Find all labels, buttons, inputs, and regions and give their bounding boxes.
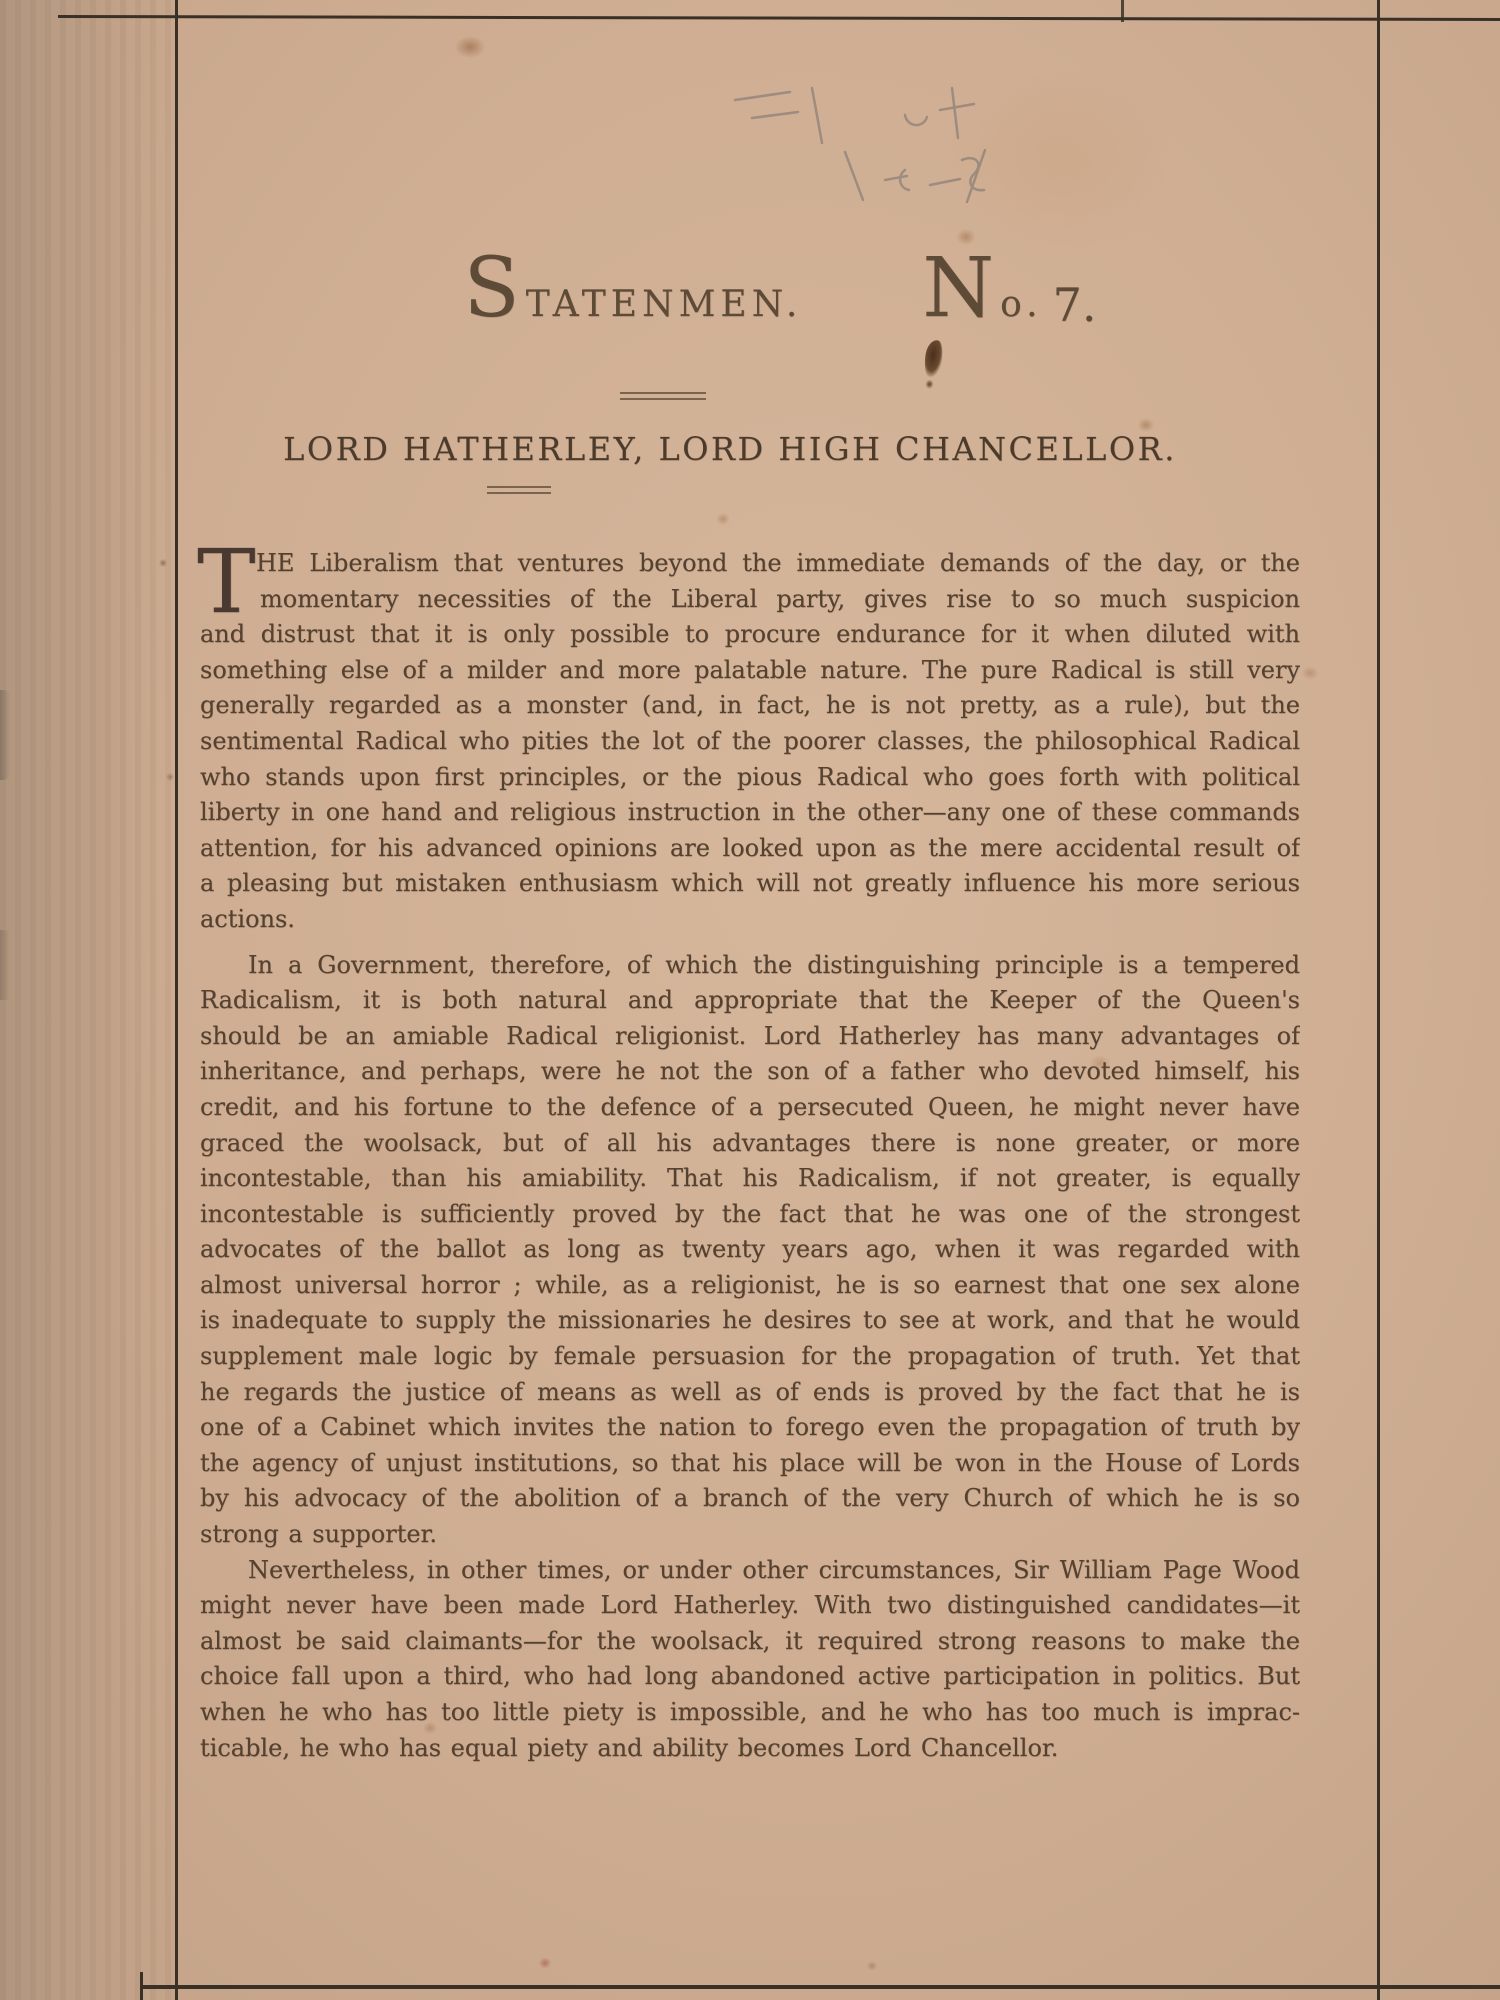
series-number-rest: o. [1000,284,1042,325]
frame-rule-right [1377,0,1380,2000]
text-line: graced the woolsack, but of all his adva… [200,1126,1300,1162]
text-line: by his advocacy of the abolition of a br… [200,1481,1300,1517]
scanned-page: STATENMEN. No.7. LORD HATHERLEY, LORD HI… [0,0,1500,2000]
text-line: HE Liberalism that ventures beyond the i… [200,546,1300,582]
frame-tick-top [1121,0,1124,22]
text-line: almost be said claimants—for the woolsac… [200,1624,1300,1660]
masthead: STATENMEN. No.7. [200,252,1300,327]
text-line: and distrust that it is only possible to… [200,617,1300,653]
series-number-initial: N [922,241,1000,336]
text-line: advocates of the ballot as long as twent… [200,1232,1300,1268]
text-line: supplement male logic by female persuasi… [200,1339,1300,1375]
frame-tick-bottom-left [140,1972,143,2000]
text-line: In a Government, therefore, of which the… [200,948,1300,984]
text-line: almost universal horror ; while, as a re… [200,1268,1300,1304]
text-line: Nevertheless, in other times, or under o… [200,1553,1300,1589]
ink-blot [922,339,944,379]
text-line: incontestable, than his amiability. That… [200,1161,1300,1197]
text-line: ticable, he who has equal piety and abil… [200,1731,1300,1767]
scan-edge-smudge [0,690,10,780]
series-title: STATENMEN. [464,252,803,326]
double-rule-under-title [620,392,706,400]
paragraph: HE Liberalism that ventures beyond the i… [200,546,1300,938]
frame-rule-left [175,0,178,2000]
text-line: might never have been made Lord Hatherle… [200,1588,1300,1624]
text-line: is inadequate to supply the missionaries… [200,1303,1300,1339]
paragraph: Nevertheless, in other times, or under o… [200,1553,1300,1767]
series-number: No.7. [922,252,1096,327]
page-left-edge-shading [0,0,178,2000]
series-number-numeral: 7. [1053,278,1097,332]
text-line: actions. [200,902,1300,938]
text-line: choice fall upon a third, who had long a… [200,1659,1300,1695]
text-line: who stands upon first principles, or the… [200,760,1300,796]
body-text: HE Liberalism that ventures beyond the i… [200,546,1300,1766]
scan-edge-smudge [0,930,10,1000]
text-line: one of a Cabinet which invites the natio… [200,1410,1300,1446]
frame-rule-bottom [140,1985,1500,1989]
text-line: credit, and his fortune to the defence o… [200,1090,1300,1126]
text-line: incontestable is sufficiently proved by … [200,1197,1300,1233]
text-line: sentimental Radical who pities the lot o… [200,724,1300,760]
text-line: attention, for his advanced opinions are… [200,831,1300,867]
text-line: the agency of unjust institutions, so th… [200,1446,1300,1482]
text-line: liberty in one hand and religious instru… [200,795,1300,831]
text-line: a pleasing but mistaken enthusiasm which… [200,866,1300,902]
frame-rule-top [58,15,1500,21]
text-line: inheritance, and perhaps, were he not th… [200,1054,1300,1090]
text-line: should be an amiable Radical religionist… [200,1019,1300,1055]
text-line: he regards the justice of means as well … [200,1375,1300,1411]
article-heading: LORD HATHERLEY, LORD HIGH CHANCELLOR. [200,430,1260,468]
text-line: Radicalism, it is both natural and appro… [200,983,1300,1019]
double-rule-under-heading [487,486,551,494]
series-title-initial: S [464,241,526,336]
text-line: when he who has too little piety is impo… [200,1695,1300,1731]
text-line: generally regarded as a monster (and, in… [200,688,1300,724]
paragraph: In a Government, therefore, of which the… [200,948,1300,1553]
text-line: something else of a milder and more pala… [200,653,1300,689]
text-line: momentary necessities of the Liberal par… [200,582,1300,618]
text-line: strong a supporter. [200,1517,1300,1553]
series-title-rest: TATENMEN. [526,284,803,325]
